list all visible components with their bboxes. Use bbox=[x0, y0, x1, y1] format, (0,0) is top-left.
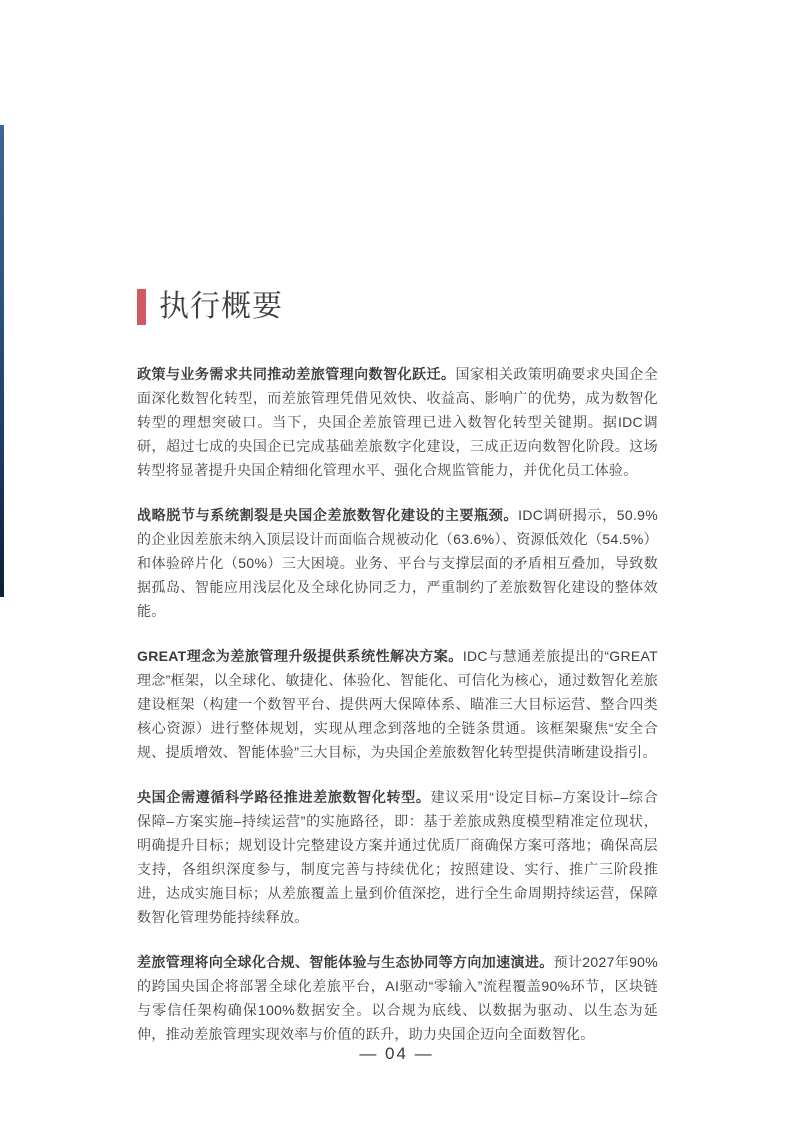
paragraph-body: IDC与慧通差旅提出的“GREAT理念”框架，以全球化、敏捷化、体验化、智能化、… bbox=[137, 648, 658, 760]
paragraph-lead: 差旅管理将向全球化合规、智能体验与生态协同等方向加速演进。 bbox=[137, 954, 554, 970]
paragraph-lead: GREAT理念为差旅管理升级提供系统性解决方案。 bbox=[137, 648, 463, 664]
paragraph-great-framework: GREAT理念为差旅管理升级提供系统性解决方案。IDC与慧通差旅提出的“GREA… bbox=[137, 644, 658, 764]
page-number: — 04 — bbox=[0, 1044, 793, 1064]
paragraph-body: 国家相关政策明确要求央国企全面深化数智化转型，而差旅管理凭借见效快、收益高、影响… bbox=[137, 366, 658, 478]
heading-accent-bar bbox=[137, 289, 146, 325]
paragraph-body: 建议采用“设定目标–方案设计–综合保障–方案实施–持续运营”的实施路径，即：基于… bbox=[137, 789, 658, 925]
paragraph-policy-drivers: 政策与业务需求共同推动差旅管理向数智化跃迁。国家相关政策明确要求央国企全面深化数… bbox=[137, 362, 658, 482]
report-page: 执行概要 政策与业务需求共同推动差旅管理向数智化跃迁。国家相关政策明确要求央国企… bbox=[0, 0, 793, 1122]
paragraph-body: IDC调研揭示，50.9%的企业因差旅未纳入顶层设计而面临合规被动化（63.6%… bbox=[137, 507, 658, 619]
paragraph-future-outlook: 差旅管理将向全球化合规、智能体验与生态协同等方向加速演进。预计2027年90%的… bbox=[137, 950, 658, 1046]
section-heading: 执行概要 bbox=[137, 288, 658, 326]
page-content: 执行概要 政策与业务需求共同推动差旅管理向数智化跃迁。国家相关政策明确要求央国企… bbox=[137, 288, 658, 1067]
section-title: 执行概要 bbox=[159, 288, 283, 326]
paragraph-lead: 政策与业务需求共同推动差旅管理向数智化跃迁。 bbox=[137, 366, 456, 382]
body-text: 政策与业务需求共同推动差旅管理向数智化跃迁。国家相关政策明确要求央国企全面深化数… bbox=[137, 362, 658, 1046]
page-edge-accent-strip bbox=[0, 125, 4, 597]
paragraph-lead: 央国企需遵循科学路径推进差旅数智化转型。 bbox=[137, 789, 431, 805]
paragraph-lead: 战略脱节与系统割裂是央国企差旅数智化建设的主要瓶颈。 bbox=[137, 507, 518, 523]
paragraph-bottlenecks: 战略脱节与系统割裂是央国企差旅数智化建设的主要瓶颈。IDC调研揭示，50.9%的… bbox=[137, 503, 658, 623]
paragraph-implementation-path: 央国企需遵循科学路径推进差旅数智化转型。建议采用“设定目标–方案设计–综合保障–… bbox=[137, 785, 658, 929]
